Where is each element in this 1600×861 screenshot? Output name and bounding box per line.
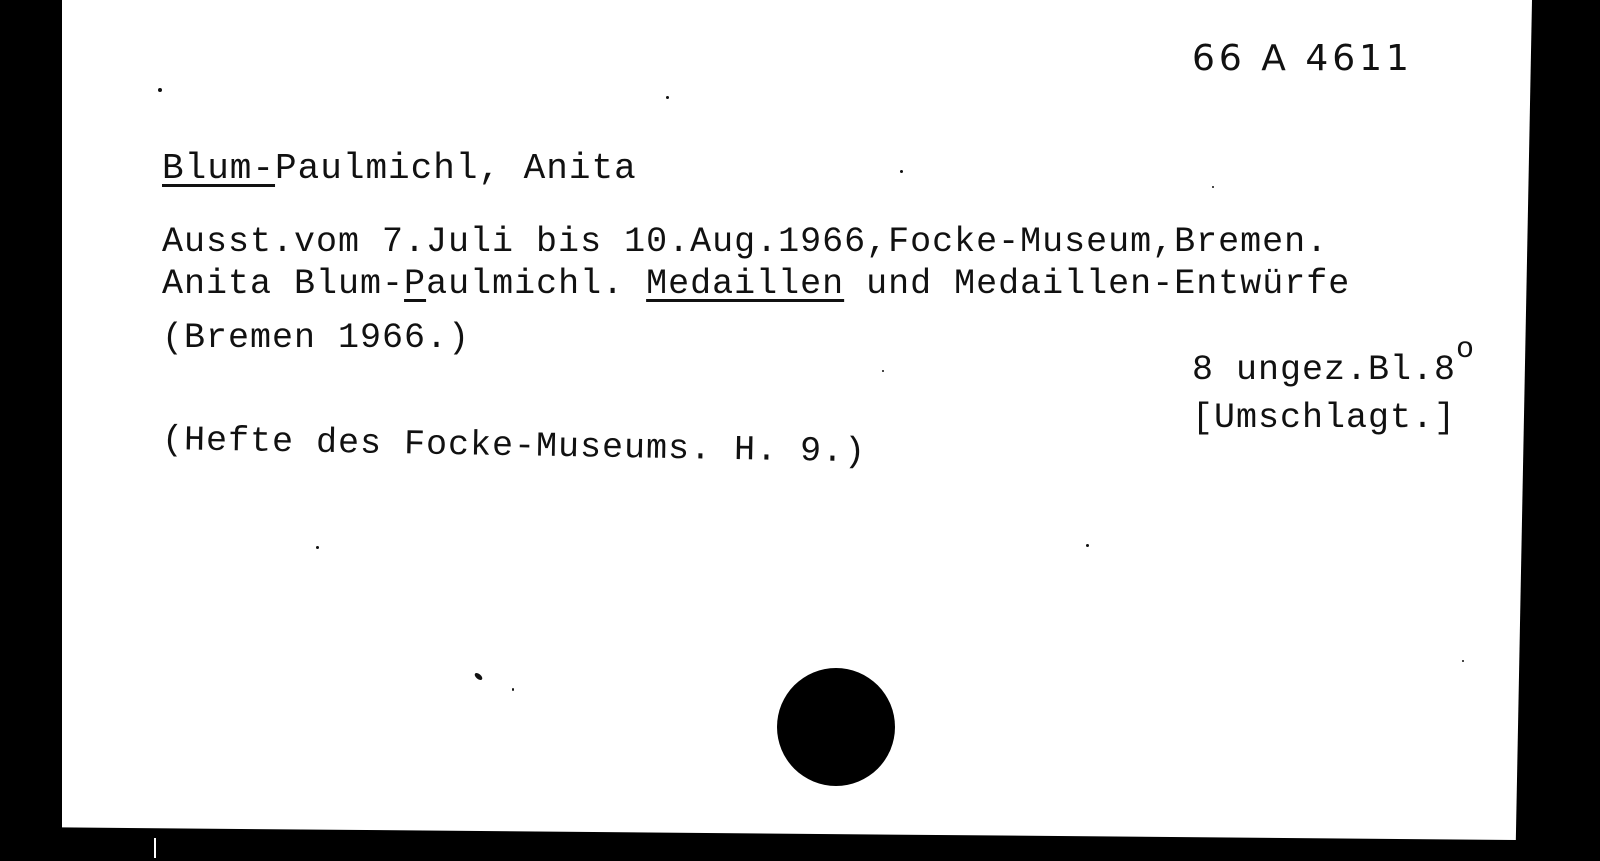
scan-edge-mark (154, 838, 156, 858)
author-heading-underlined: Blum- (162, 148, 275, 189)
description-line-3: (Bremen 1966.) (162, 318, 470, 358)
speck (1462, 660, 1464, 662)
description-line-2: Anita Blum-Paulmichl. Medaillen und Meda… (162, 264, 1350, 304)
scanned-catalog-card: 66 A 4611 Blum-Paulmichl, Anita Ausst.vo… (0, 0, 1600, 861)
speck (473, 672, 483, 682)
speck (1212, 186, 1214, 188)
speck (882, 370, 884, 372)
author-heading-rest: Paulmichl, Anita (275, 148, 637, 189)
title-rest: und Medaillen-Entwürfe (844, 264, 1350, 304)
collation: 8 ungez.Bl.8o (1192, 350, 1475, 390)
punch-hole (777, 668, 895, 786)
title-keyword: Medaillen (646, 264, 844, 304)
speck (512, 688, 514, 691)
collation-superscript: o (1456, 333, 1475, 367)
title-author-suffix: aulmichl. (426, 264, 646, 304)
title-author-prefix: Anita Blum- (162, 264, 404, 304)
collation-text: 8 ungez.Bl.8 (1192, 350, 1456, 390)
series-note: (Hefte des Focke-Museums. H. 9.) (162, 420, 867, 472)
speck (1086, 544, 1089, 547)
speck (900, 170, 903, 173)
call-number: 66 A 4611 (1192, 38, 1413, 79)
speck (158, 88, 162, 92)
speck (316, 546, 319, 549)
catalog-card: 66 A 4611 Blum-Paulmichl, Anita Ausst.vo… (62, 0, 1532, 840)
author-heading: Blum-Paulmichl, Anita (162, 148, 637, 189)
speck (666, 96, 669, 99)
title-author-initial: P (404, 264, 426, 304)
binding-note: [Umschlagt.] (1192, 398, 1456, 438)
description-line-1: Ausst.vom 7.Juli bis 10.Aug.1966,Focke-M… (162, 222, 1328, 262)
